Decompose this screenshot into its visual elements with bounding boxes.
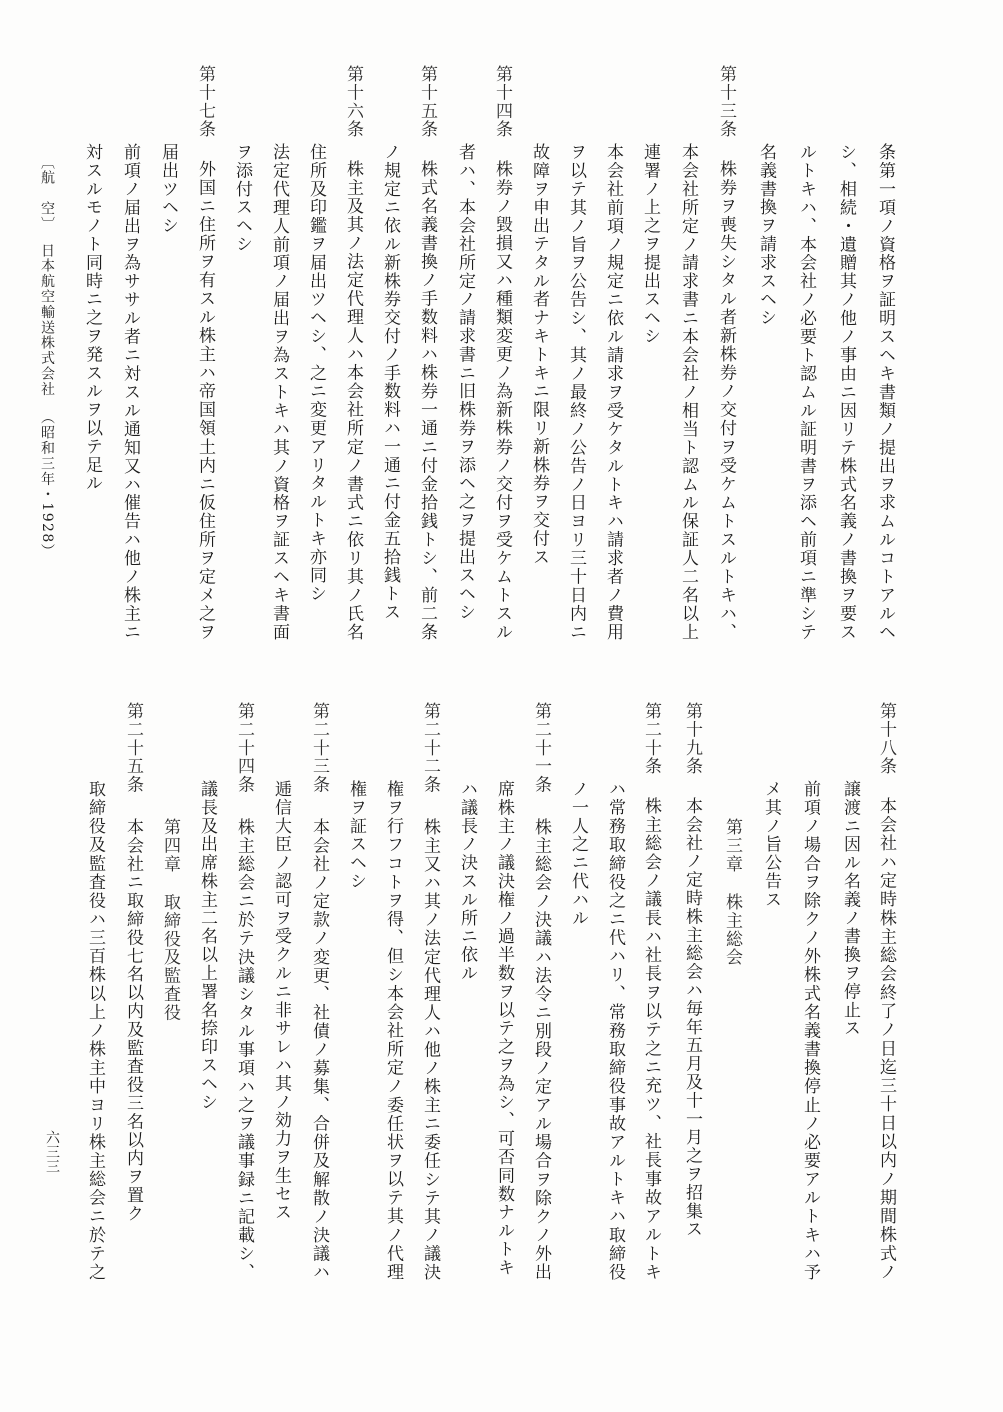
- article-number: 第二十三条: [309, 702, 329, 794]
- text-line: ノ規定ニ依ル新株券交付ノ手数料ハ一通ニ付金五拾銭トス: [380, 143, 400, 621]
- text-line: ノ一人之ニ代ハル: [568, 780, 588, 927]
- chapter-number: 第三章: [722, 818, 742, 873]
- article-number: 第二十四条: [234, 702, 254, 794]
- text-line: 前項ノ場合ヲ除クノ外株式名義書換停止ノ必要アルトキハ予: [800, 780, 820, 1280]
- chapter-number: 第四章: [160, 818, 180, 873]
- article-number: 第二十条: [641, 702, 661, 776]
- article-text: 本会社ノ定時株主総会ハ毎年五月及十一月之ヲ招集ス: [682, 797, 702, 1239]
- text-line: 権ヲ行フコトヲ得、但シ本会社所定ノ委任状ヲ以テ其ノ代理: [383, 780, 403, 1280]
- article-text: 本会社ハ定時株主総会終了ノ日迄三十日以内ノ期間株式ノ: [876, 797, 896, 1280]
- article-text: 株式名義書換ノ手数料ハ株券一通ニ付金拾銭トシ、前二条: [417, 160, 437, 640]
- article-text: 外国ニ住所ヲ有スル株主ハ帝国領土内ニ仮住所ヲ定メ之ヲ: [195, 160, 215, 640]
- text-line: 議長及出席株主二名以上署名捺印スヘシ: [197, 780, 217, 1111]
- article-text: 本会社ニ取締役七名以内及監査役三名以内ヲ置ク: [123, 818, 143, 1223]
- text-line: ヲ添付スヘシ: [232, 143, 252, 253]
- article-text: 株主総会ノ決議ハ法令ニ別段ノ定アル場合ヲ除クノ外出: [531, 818, 551, 1280]
- text-line: 条第一項ノ資格ヲ証明スヘキ書類ノ提出ヲ求ムルコトアルヘ: [875, 143, 895, 640]
- text-line: 住所及印鑑ヲ届出ツヘシ、之ニ変更アリタルトキ亦同シ: [306, 143, 326, 603]
- text-line: ハ常務取締役之ニ代ハリ、常務取締役事故アルトキハ取締役: [605, 780, 625, 1280]
- text-line: 譲渡ニ因ル名義ノ書換ヲ停止ス: [840, 780, 860, 1038]
- article-text: 株券ヲ喪失シタル者新株券ノ交付ヲ受ケムトスルトキハ、: [716, 160, 736, 640]
- text-line: 者ハ、本会社所定ノ請求書ニ旧株券ヲ添ヘ之ヲ提出スヘシ: [455, 143, 475, 621]
- chapter-title: 取締役及監査役: [160, 873, 180, 1022]
- text-line: 対スルモノト同時ニ之ヲ発スルヲ以テ足ル: [82, 143, 102, 493]
- chapter-heading: 第四章取締役及監査役: [160, 818, 180, 1022]
- article-number: 第十九条: [682, 702, 702, 776]
- text-line: 逓信大臣ノ認可ヲ受クルニ非サレハ其ノ効力ヲ生セス: [271, 780, 291, 1222]
- page-number: 六三三: [43, 1130, 61, 1174]
- article-text: 株主又ハ其ノ法定代理人ハ他ノ株主ニ委任シテ其ノ議決: [420, 818, 440, 1280]
- article-number: 第二十二条: [420, 702, 440, 794]
- text-line: 法定代理人前項ノ届出ヲ為ストキハ其ノ資格ヲ証スヘキ書面: [269, 143, 289, 640]
- text-line: 権ヲ証スヘシ: [346, 780, 366, 890]
- text-line: 名義書換ヲ請求スヘシ: [756, 143, 776, 327]
- text-line: 席株主ノ議決権ノ過半数ヲ以テ之ヲ為シ、可否同数ナルトキ: [494, 780, 514, 1277]
- footer-company: 日本航空輸送株式会社: [38, 243, 56, 397]
- article-text: 株主及其ノ法定代理人ハ本会社所定ノ書式ニ依リ其ノ氏名: [343, 160, 363, 640]
- article-number: 第十四条: [492, 65, 512, 139]
- article-number: 第二十五条: [123, 702, 143, 794]
- text-line: 取締役及監査役ハ三百株以上ノ株主中ヨリ株主総会ニ於テ之: [85, 780, 105, 1280]
- text-line: 本会社前項ノ規定ニ依ル請求ヲ受ケタルトキハ請求者ノ費用: [603, 143, 623, 640]
- text-line: シ、相続・遺贈其ノ他ノ事由ニ因リテ株式名義ノ書換ヲ要ス: [836, 143, 856, 640]
- chapter-title: 株主総会: [722, 873, 742, 967]
- article-number: 第二十一条: [531, 702, 551, 794]
- text-line: 届出ツヘシ: [158, 143, 178, 235]
- article-text: 株券ノ毀損又ハ種類変更ノ為新株券ノ交付ヲ受ケムトスル: [492, 160, 512, 640]
- text-line: ハ議長ノ決スル所ニ依ル: [457, 780, 477, 982]
- article-number: 第十八条: [876, 702, 896, 776]
- text-line: 故障ヲ申出テタル者ナキトキニ限リ新株券ヲ交付ス: [529, 143, 549, 566]
- text-line: 本会社所定ノ請求書ニ本会社ノ相当ト認ムル保証人二名以上: [678, 143, 698, 640]
- text-line: ルトキハ、本会社ノ必要ト認ムル証明書ヲ添ヘ前項ニ準シテ: [796, 143, 816, 640]
- text-line: メ其ノ旨公告ス: [761, 780, 781, 909]
- footer-era: （昭和三年・1928）: [38, 410, 56, 559]
- article-text: 株主総会ノ議長ハ社長ヲ以テ之ニ充ツ、社長事故アルトキ: [641, 797, 661, 1280]
- article-number: 第十三条: [716, 65, 736, 139]
- article-number: 第十七条: [195, 65, 215, 139]
- text-line: ヲ以テ其ノ旨ヲ公告シ、其ノ最終ノ公告ノ日ヨリ三十日内ニ: [566, 143, 586, 640]
- article-text: 本会社ノ定款ノ変更、社債ノ募集、合併及解散ノ決議ハ: [309, 818, 329, 1280]
- document-page: 条第一項ノ資格ヲ証明スヘキ書類ノ提出ヲ求ムルコトアルヘ シ、相続・遺贈其ノ他ノ事…: [0, 0, 1003, 1412]
- text-line: 連署ノ上之ヲ提出スヘシ: [640, 143, 660, 345]
- article-text: 株主総会ニ於テ決議シタル事項ハ之ヲ議事録ニ記載シ、: [234, 818, 254, 1280]
- chapter-heading: 第三章株主総会: [722, 818, 742, 967]
- article-number: 第十六条: [343, 65, 363, 139]
- text-line: 前項ノ届出ヲ為ササル者ニ対スル通知又ハ催告ハ他ノ株主ニ: [120, 143, 140, 640]
- article-number: 第十五条: [417, 65, 437, 139]
- footer-category: 〔航 空〕: [38, 155, 56, 232]
